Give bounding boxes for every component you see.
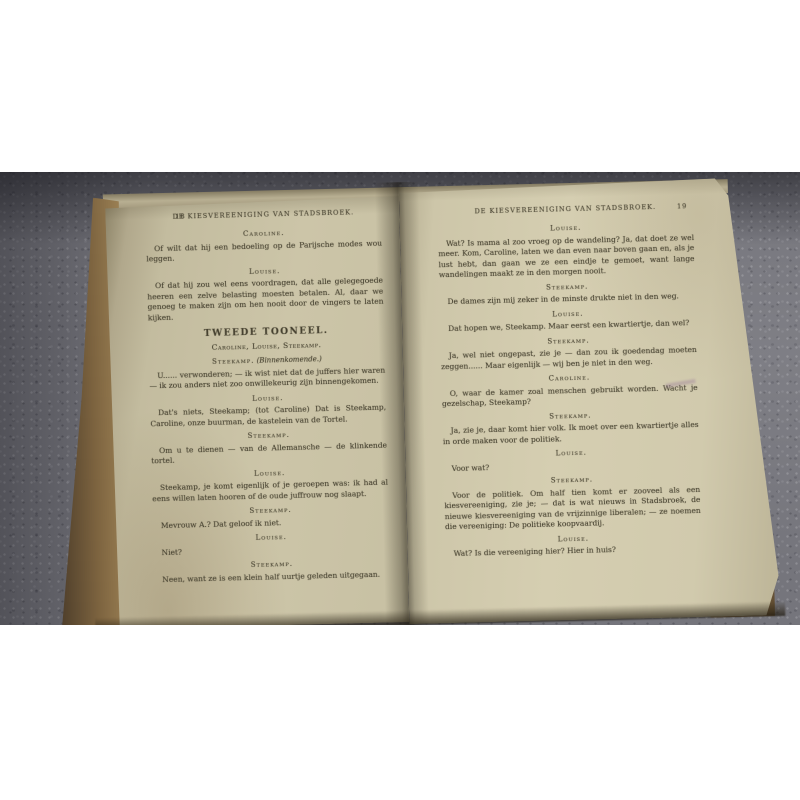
dialogue-paragraph: Ja, wel niet ongepast, zie je — dan zou … <box>441 345 697 372</box>
right-running-title: DE KIESVEREENIGING VAN STADSBROEK. <box>437 201 693 218</box>
photo-page: 18 DE KIESVEREENIGING VAN STADSBROEK. Ca… <box>0 0 800 800</box>
cast-list: Caroline, Louise, Steekamp. <box>148 338 384 354</box>
dialogue-paragraph: Wat? Is mama al zoo vroeg op de wandelin… <box>438 233 695 281</box>
photo-of-open-book: 18 DE KIESVEREENIGING VAN STADSBROEK. Ca… <box>0 172 800 625</box>
dialogue-paragraph: Ja, zie je, daar komt hier volk. Ik moet… <box>443 420 699 447</box>
right-page-blocks: Louise.Wat? Is mama al zoo vroeg op de w… <box>438 220 702 560</box>
left-page-blocks: Caroline.Of wilt dat hij een bedoeling o… <box>146 226 391 586</box>
dialogue-paragraph: Om u te dienen — van de Allemansche — de… <box>151 440 387 467</box>
left-page: 18 DE KIESVEREENIGING VAN STADSBROEK. Ca… <box>105 196 409 625</box>
dialogue-paragraph: Voor de politiek. Om half tien komt er z… <box>444 484 701 532</box>
dialogue-paragraph: U...... verwonderen; — ik wist niet dat … <box>149 365 385 392</box>
dialogue-paragraph: Dat's niets, Steekamp; (tot Caroline) Da… <box>150 403 386 430</box>
right-page: DE KIESVEREENIGING VAN STADSBROEK. 19 Lo… <box>399 177 782 624</box>
left-page-text: 18 DE KIESVEREENIGING VAN STADSBROEK. Ca… <box>145 207 390 588</box>
dialogue-paragraph: Steekamp, je komt eigenlijk of je geroep… <box>152 478 388 505</box>
right-page-text: DE KIESVEREENIGING VAN STADSBROEK. 19 Lo… <box>437 201 702 562</box>
left-page-number: 18 <box>175 211 186 222</box>
dialogue-paragraph: O, waar de kamer zoal menschen gebruikt … <box>442 382 698 409</box>
left-running-header: 18 DE KIESVEREENIGING VAN STADSBROEK. <box>145 207 381 226</box>
dialogue-paragraph: Of dat hij zou wel eens voordragen, dat … <box>147 276 384 324</box>
right-page-number: 19 <box>677 201 688 212</box>
dialogue-paragraph: Of wilt dat hij een bedoeling op de Pari… <box>146 238 382 265</box>
right-running-header: DE KIESVEREENIGING VAN STADSBROEK. 19 <box>437 201 693 220</box>
open-book: 18 DE KIESVEREENIGING VAN STADSBROEK. Ca… <box>45 173 776 625</box>
